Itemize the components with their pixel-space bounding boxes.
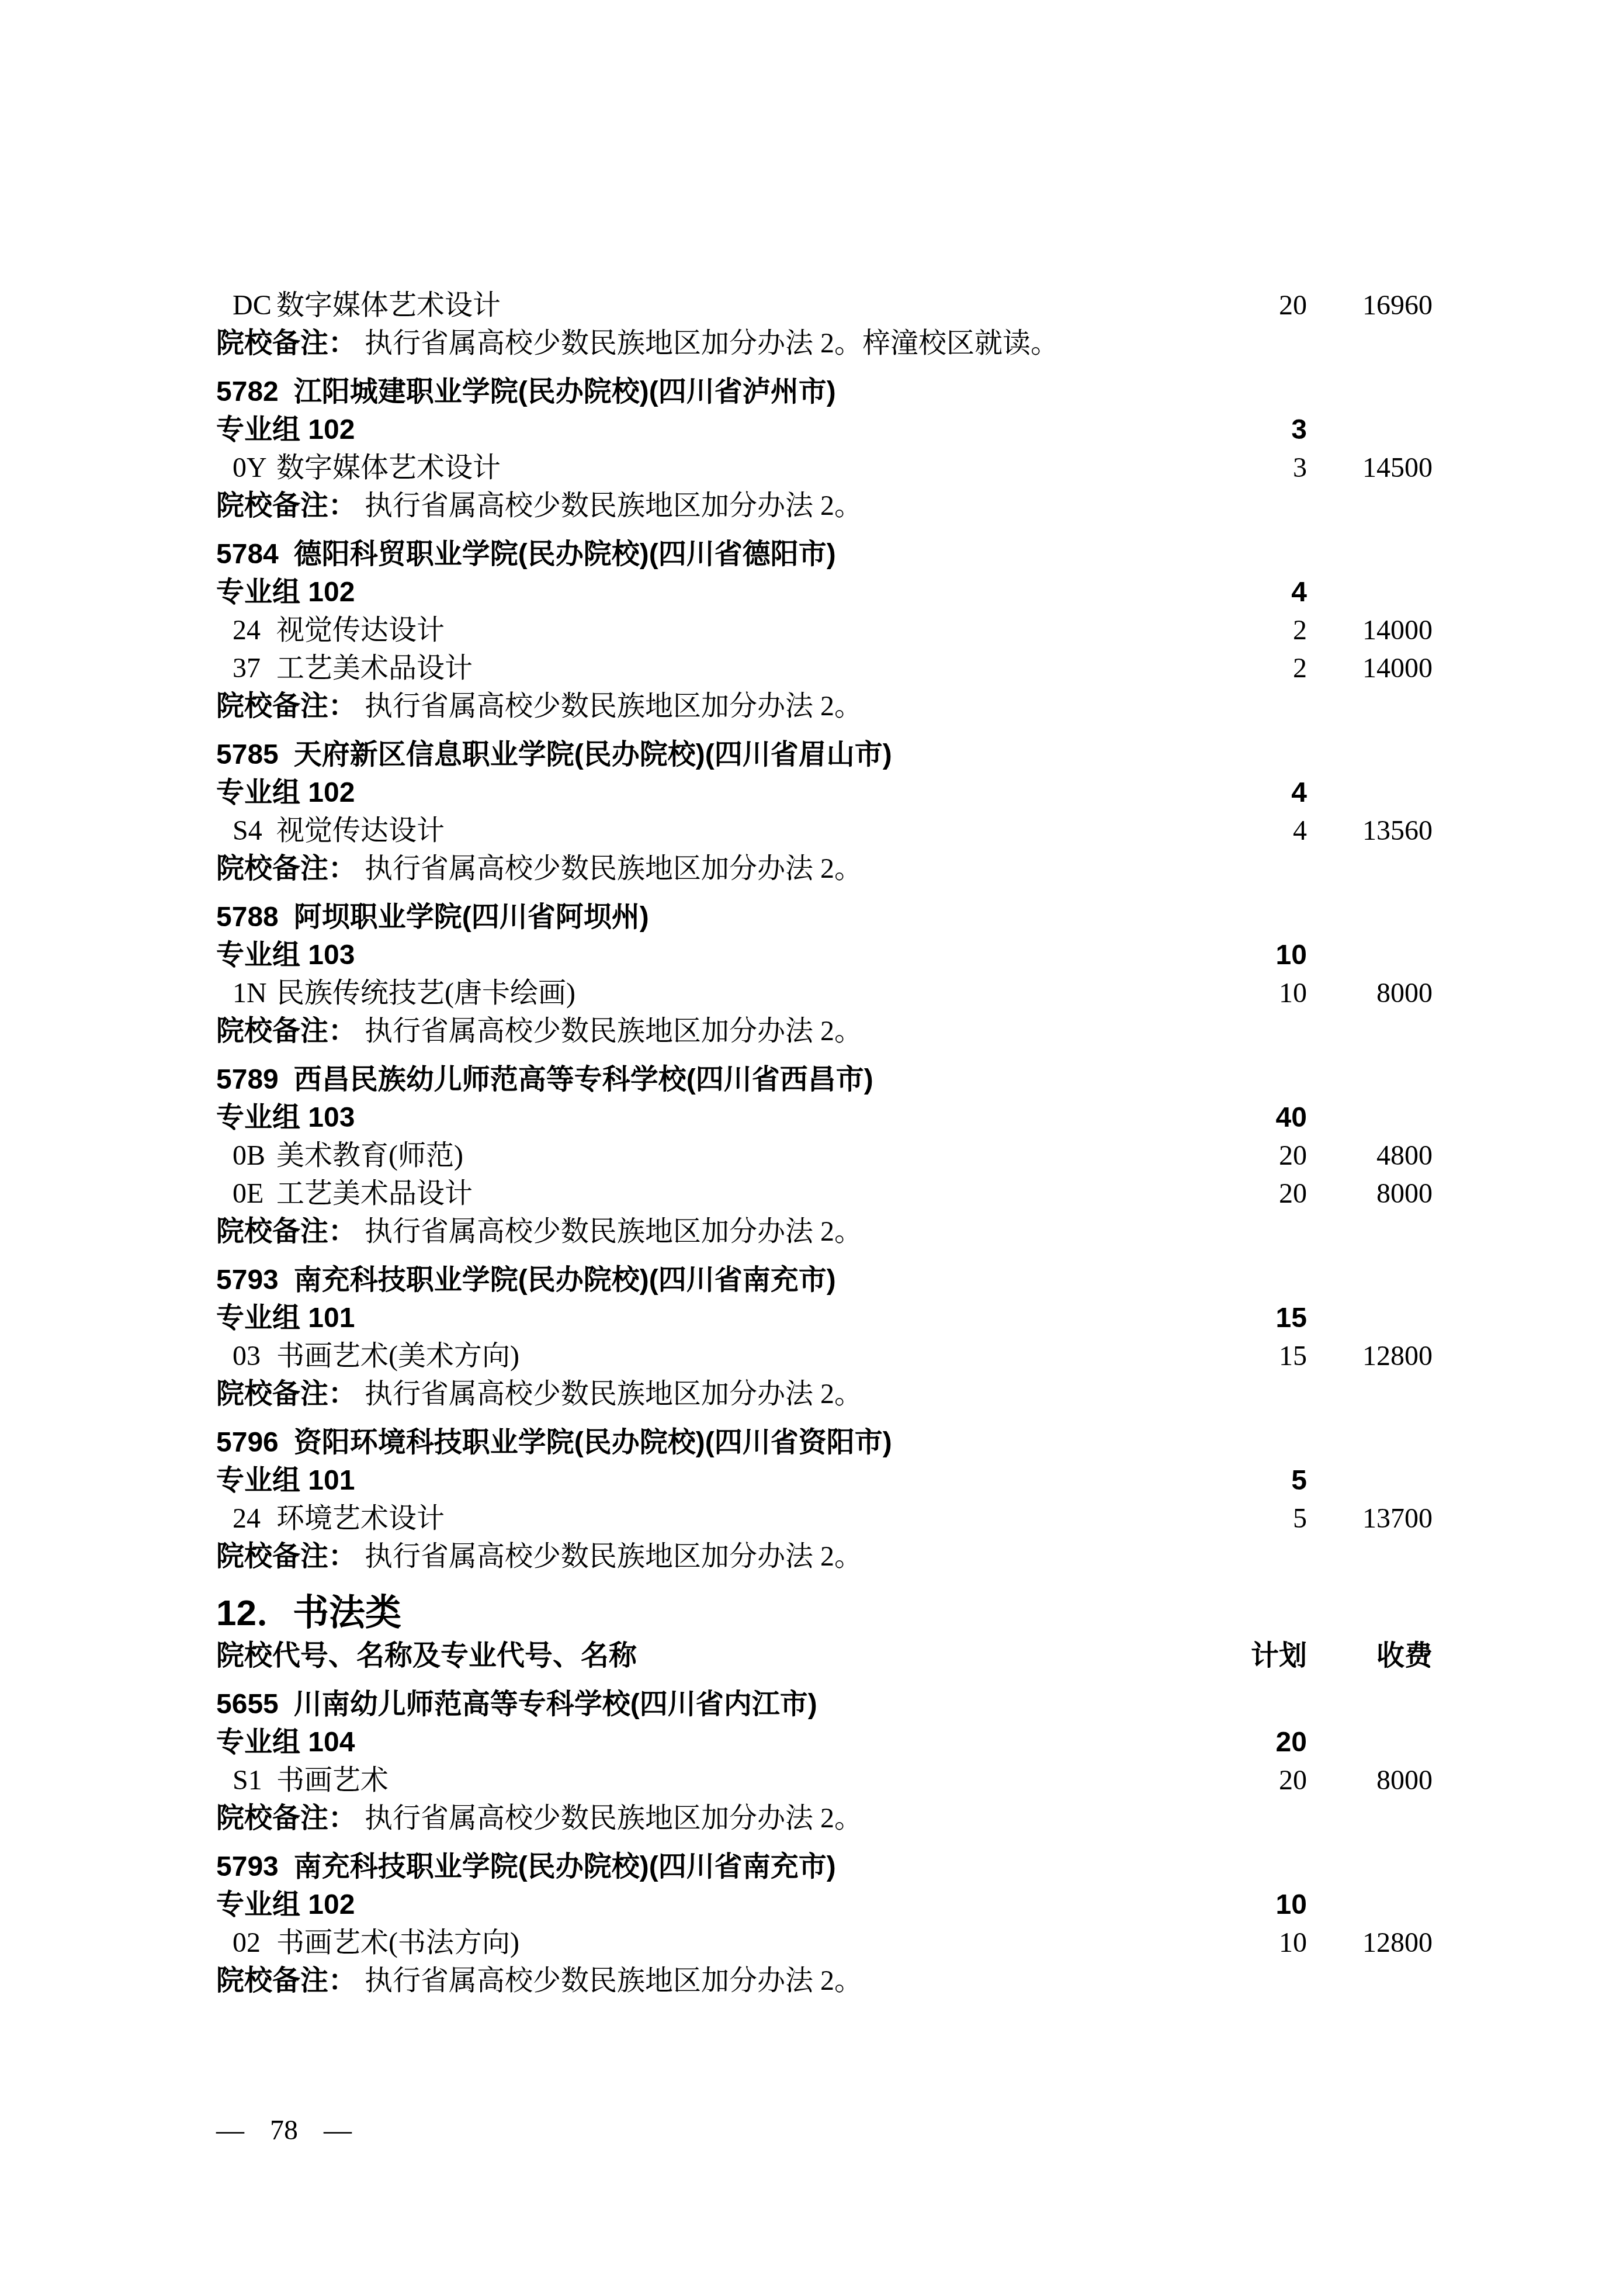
group-plan-value: 15 [1237, 1299, 1307, 1337]
group-plan-value: 3 [1237, 411, 1307, 449]
remark-label: 院校备注： [216, 1016, 356, 1047]
course-plan-value: 20 [1237, 1761, 1307, 1799]
course-plan-value: 3 [1237, 449, 1307, 487]
remark: 院校备注：执行省属高校少数民族地区加分办法 2。 [216, 1375, 1433, 1413]
remark-row: 院校备注：执行省属高校少数民族地区加分办法 2。 [216, 1012, 1433, 1050]
remark-label: 院校备注： [216, 1803, 356, 1834]
institution-row: 5655川南幼儿师范高等专科学校(四川省内江市) [216, 1685, 1433, 1723]
group-row: 专业组 10115 [216, 1299, 1433, 1337]
course-row: 0E工艺美术品设计208000 [216, 1175, 1433, 1213]
course-fee-value: 14000 [1307, 649, 1433, 687]
group-plan-value: 10 [1237, 936, 1307, 974]
institution-row: 5793南充科技职业学院(民办院校)(四川省南充市) [216, 1261, 1433, 1299]
course-name: 数字媒体艺术设计 [276, 452, 501, 483]
course-name: 美术教育(师范) [276, 1140, 463, 1171]
page-number: — 78 — [216, 2111, 352, 2149]
course-title: 37工艺美术品设计 [216, 649, 1237, 687]
course-name: 书画艺术(书法方向) [276, 1927, 519, 1958]
institution-name: 江阳城建职业学院(民办院校)(四川省泸州市) [294, 376, 836, 407]
group-row: 专业组 10340 [216, 1099, 1433, 1137]
course-plan-value: 20 [1237, 1137, 1307, 1175]
course-code: DC [233, 286, 276, 324]
institution-name: 德阳科贸职业学院(民办院校)(四川省德阳市) [294, 539, 836, 570]
remark-text: 执行省属高校少数民族地区加分办法 2。 [365, 1803, 862, 1834]
group-label: 专业组 101 [216, 1299, 1237, 1337]
remark-text: 执行省属高校少数民族地区加分办法 2。 [365, 1216, 862, 1247]
course-title: 03书画艺术(美术方向) [216, 1337, 1237, 1375]
institution-row: 5793南充科技职业学院(民办院校)(四川省南充市) [216, 1848, 1433, 1886]
group-plan-value: 5 [1237, 1462, 1307, 1500]
remark-row: 院校备注：执行省属高校少数民族地区加分办法 2。 [216, 1375, 1433, 1413]
course-title: 0E工艺美术品设计 [216, 1175, 1237, 1213]
remark: 院校备注：执行省属高校少数民族地区加分办法 2。 [216, 1213, 1433, 1251]
remark: 院校备注：执行省属高校少数民族地区加分办法 2。 [216, 850, 1433, 888]
remark: 院校备注：执行省属高校少数民族地区加分办法 2。 [216, 1012, 1433, 1050]
remark-row: 院校备注：执行省属高校少数民族地区加分办法 2。 [216, 487, 1433, 525]
table-header-row: 院校代号、名称及专业代号、名称计划收费 [216, 1637, 1433, 1675]
course-code: 24 [233, 1500, 276, 1537]
document-page: DC数字媒体艺术设计2016960院校备注：执行省属高校少数民族地区加分办法 2… [0, 0, 1623, 2296]
institution-name: 南充科技职业学院(民办院校)(四川省南充市) [294, 1851, 836, 1882]
institution-row: 5788阿坝职业学院(四川省阿坝州) [216, 898, 1433, 936]
group-plan-value: 4 [1237, 774, 1307, 812]
group-label: 专业组 102 [216, 774, 1237, 812]
course-code: 24 [233, 611, 276, 649]
course-code: 03 [233, 1337, 276, 1375]
remark-text: 执行省属高校少数民族地区加分办法 2。 [365, 1016, 862, 1047]
group-row: 专业组 10420 [216, 1723, 1433, 1761]
course-title: 02书画艺术(书法方向) [216, 1924, 1237, 1962]
institution-title: 5789西昌民族幼儿师范高等专科学校(四川省西昌市) [216, 1061, 1237, 1099]
course-name: 书画艺术(美术方向) [276, 1341, 519, 1372]
group-plan-value: 40 [1237, 1099, 1307, 1137]
group-row: 专业组 1024 [216, 573, 1433, 611]
institution-title: 5785天府新区信息职业学院(民办院校)(四川省眉山市) [216, 736, 1237, 774]
institution-row: 5782江阳城建职业学院(民办院校)(四川省泸州市) [216, 373, 1433, 411]
section-heading: 12．书法类 [216, 1591, 1433, 1635]
group-row: 专业组 1023 [216, 411, 1433, 449]
remark-text: 执行省属高校少数民族地区加分办法 2。梓潼校区就读。 [365, 328, 1059, 359]
course-fee-value: 14000 [1307, 611, 1433, 649]
remark: 院校备注：执行省属高校少数民族地区加分办法 2。 [216, 1962, 1433, 2000]
course-row: 24视觉传达设计214000 [216, 611, 1433, 649]
remark-row: 院校备注：执行省属高校少数民族地区加分办法 2。 [216, 1537, 1433, 1575]
institution-code: 5789 [216, 1064, 279, 1095]
course-name: 数字媒体艺术设计 [276, 290, 501, 321]
group-label: 专业组 101 [216, 1462, 1237, 1500]
remark-row: 院校备注：执行省属高校少数民族地区加分办法 2。 [216, 687, 1433, 725]
course-fee-value: 8000 [1307, 1175, 1433, 1213]
remark: 院校备注：执行省属高校少数民族地区加分办法 2。 [216, 487, 1433, 525]
course-name: 工艺美术品设计 [276, 653, 473, 684]
course-fee-value: 8000 [1307, 974, 1433, 1012]
course-plan-value: 20 [1237, 1175, 1307, 1213]
remark-text: 执行省属高校少数民族地区加分办法 2。 [365, 1541, 862, 1572]
course-code: 02 [233, 1924, 276, 1962]
institution-code: 5796 [216, 1427, 279, 1458]
course-row: S4视觉传达设计413560 [216, 812, 1433, 850]
remark-label: 院校备注： [216, 1216, 356, 1247]
group-label: 专业组 102 [216, 1886, 1237, 1924]
course-title: 24环境艺术设计 [216, 1500, 1237, 1537]
course-fee-value: 13560 [1307, 812, 1433, 850]
course-title: 0Y数字媒体艺术设计 [216, 449, 1237, 487]
course-code: 0E [233, 1175, 276, 1213]
remark-row: 院校备注：执行省属高校少数民族地区加分办法 2。 [216, 850, 1433, 888]
course-title: DC数字媒体艺术设计 [216, 286, 1237, 324]
course-plan-value: 2 [1237, 649, 1307, 687]
course-row: 0Y数字媒体艺术设计314500 [216, 449, 1433, 487]
institution-title: 5784德阳科贸职业学院(民办院校)(四川省德阳市) [216, 535, 1237, 573]
course-row: 02书画艺术(书法方向)1012800 [216, 1924, 1433, 1962]
course-code: 1N [233, 974, 276, 1012]
group-row: 专业组 1015 [216, 1462, 1433, 1500]
institution-code: 5784 [216, 539, 279, 570]
course-title: S4视觉传达设计 [216, 812, 1237, 850]
group-label: 专业组 103 [216, 1099, 1237, 1137]
remark: 院校备注：执行省属高校少数民族地区加分办法 2。梓潼校区就读。 [216, 324, 1433, 362]
course-plan-value: 4 [1237, 812, 1307, 850]
remark-label: 院校备注： [216, 853, 356, 884]
group-row: 专业组 1024 [216, 774, 1433, 812]
course-name: 民族传统技艺(唐卡绘画) [276, 978, 575, 1009]
institution-name: 南充科技职业学院(民办院校)(四川省南充市) [294, 1265, 836, 1296]
course-fee-value: 12800 [1307, 1337, 1433, 1375]
course-plan-value: 15 [1237, 1337, 1307, 1375]
institution-code: 5782 [216, 376, 279, 407]
course-name: 视觉传达设计 [276, 815, 445, 846]
institution-row: 5789西昌民族幼儿师范高等专科学校(四川省西昌市) [216, 1061, 1433, 1099]
course-plan-value: 2 [1237, 611, 1307, 649]
remark-text: 执行省属高校少数民族地区加分办法 2。 [365, 490, 862, 521]
remark-text: 执行省属高校少数民族地区加分办法 2。 [365, 691, 862, 722]
remark-label: 院校备注： [216, 1965, 356, 1996]
course-code: S1 [233, 1761, 276, 1799]
remark-label: 院校备注： [216, 691, 356, 722]
institution-title: 5788阿坝职业学院(四川省阿坝州) [216, 898, 1237, 936]
course-row: 24环境艺术设计513700 [216, 1500, 1433, 1537]
institution-name: 资阳环境科技职业学院(民办院校)(四川省资阳市) [294, 1427, 892, 1458]
course-name: 视觉传达设计 [276, 615, 445, 646]
course-code: 37 [233, 649, 276, 687]
institution-row: 5785天府新区信息职业学院(民办院校)(四川省眉山市) [216, 736, 1433, 774]
institution-code: 5655 [216, 1689, 279, 1720]
institution-name: 西昌民族幼儿师范高等专科学校(四川省西昌市) [294, 1064, 873, 1095]
group-row: 专业组 10210 [216, 1886, 1433, 1924]
course-row: 1N民族传统技艺(唐卡绘画)108000 [216, 974, 1433, 1012]
section-11-art-continued: DC数字媒体艺术设计2016960院校备注：执行省属高校少数民族地区加分办法 2… [216, 286, 1433, 1575]
institution-code: 5785 [216, 739, 279, 770]
course-plan-value: 10 [1237, 1924, 1307, 1962]
remark-label: 院校备注： [216, 1541, 356, 1572]
remark: 院校备注：执行省属高校少数民族地区加分办法 2。 [216, 687, 1433, 725]
institution-code: 5793 [216, 1265, 279, 1296]
remark-label: 院校备注： [216, 328, 356, 359]
institution-title: 5782江阳城建职业学院(民办院校)(四川省泸州市) [216, 373, 1237, 411]
course-name: 书画艺术 [276, 1765, 389, 1796]
course-row: DC数字媒体艺术设计2016960 [216, 286, 1433, 324]
course-fee-value: 4800 [1307, 1137, 1433, 1175]
institution-code: 5793 [216, 1851, 279, 1882]
course-row: S1书画艺术208000 [216, 1761, 1433, 1799]
group-label: 专业组 102 [216, 573, 1237, 611]
course-row: 0B美术教育(师范)204800 [216, 1137, 1433, 1175]
remark-row: 院校备注：执行省属高校少数民族地区加分办法 2。 [216, 1962, 1433, 2000]
course-fee-value: 16960 [1307, 286, 1433, 324]
course-title: 0B美术教育(师范) [216, 1137, 1237, 1175]
header-name-label: 院校代号、名称及专业代号、名称 [216, 1637, 1237, 1675]
group-label: 专业组 104 [216, 1723, 1237, 1761]
remark: 院校备注：执行省属高校少数民族地区加分办法 2。 [216, 1537, 1433, 1575]
remark-row: 院校备注：执行省属高校少数民族地区加分办法 2。梓潼校区就读。 [216, 324, 1433, 362]
group-plan-value: 20 [1237, 1723, 1307, 1761]
group-plan-value: 4 [1237, 573, 1307, 611]
course-row: 03书画艺术(美术方向)1512800 [216, 1337, 1433, 1375]
header-plan-label: 计划 [1237, 1637, 1307, 1675]
institution-name: 天府新区信息职业学院(民办院校)(四川省眉山市) [294, 739, 892, 770]
course-plan-value: 20 [1237, 286, 1307, 324]
course-fee-value: 12800 [1307, 1924, 1433, 1962]
institution-name: 川南幼儿师范高等专科学校(四川省内江市) [294, 1689, 817, 1720]
course-code: 0Y [233, 449, 276, 487]
institution-title: 5793南充科技职业学院(民办院校)(四川省南充市) [216, 1848, 1237, 1886]
course-row: 37工艺美术品设计214000 [216, 649, 1433, 687]
institution-title: 5655川南幼儿师范高等专科学校(四川省内江市) [216, 1685, 1237, 1723]
course-fee-value: 13700 [1307, 1500, 1433, 1537]
section-12-calligraphy: 12．书法类院校代号、名称及专业代号、名称计划收费5655川南幼儿师范高等专科学… [216, 1591, 1433, 2000]
course-title: 24视觉传达设计 [216, 611, 1237, 649]
course-name: 工艺美术品设计 [276, 1178, 473, 1209]
remark-row: 院校备注：执行省属高校少数民族地区加分办法 2。 [216, 1213, 1433, 1251]
remark-label: 院校备注： [216, 1379, 356, 1410]
group-row: 专业组 10310 [216, 936, 1433, 974]
institution-code: 5788 [216, 902, 279, 933]
institution-title: 5793南充科技职业学院(民办院校)(四川省南充市) [216, 1261, 1237, 1299]
course-plan-value: 10 [1237, 974, 1307, 1012]
remark-text: 执行省属高校少数民族地区加分办法 2。 [365, 1965, 862, 1996]
remark: 院校备注：执行省属高校少数民族地区加分办法 2。 [216, 1799, 1433, 1837]
header-fee-label: 收费 [1307, 1637, 1433, 1675]
group-label: 专业组 103 [216, 936, 1237, 974]
institution-title: 5796资阳环境科技职业学院(民办院校)(四川省资阳市) [216, 1424, 1237, 1462]
course-name: 环境艺术设计 [276, 1503, 445, 1534]
remark-row: 院校备注：执行省属高校少数民族地区加分办法 2。 [216, 1799, 1433, 1837]
remark-label: 院校备注： [216, 490, 356, 521]
group-plan-value: 10 [1237, 1886, 1307, 1924]
enrollment-plan-document: DC数字媒体艺术设计2016960院校备注：执行省属高校少数民族地区加分办法 2… [0, 0, 1623, 2000]
course-code: S4 [233, 812, 276, 850]
course-title: S1书画艺术 [216, 1761, 1237, 1799]
institution-row: 5784德阳科贸职业学院(民办院校)(四川省德阳市) [216, 535, 1433, 573]
course-fee-value: 14500 [1307, 449, 1433, 487]
remark-text: 执行省属高校少数民族地区加分办法 2。 [365, 1379, 862, 1410]
institution-row: 5796资阳环境科技职业学院(民办院校)(四川省资阳市) [216, 1424, 1433, 1462]
remark-text: 执行省属高校少数民族地区加分办法 2。 [365, 853, 862, 884]
course-plan-value: 5 [1237, 1500, 1307, 1537]
institution-name: 阿坝职业学院(四川省阿坝州) [294, 902, 649, 933]
course-fee-value: 8000 [1307, 1761, 1433, 1799]
group-label: 专业组 102 [216, 411, 1237, 449]
course-title: 1N民族传统技艺(唐卡绘画) [216, 974, 1237, 1012]
course-code: 0B [233, 1137, 276, 1175]
